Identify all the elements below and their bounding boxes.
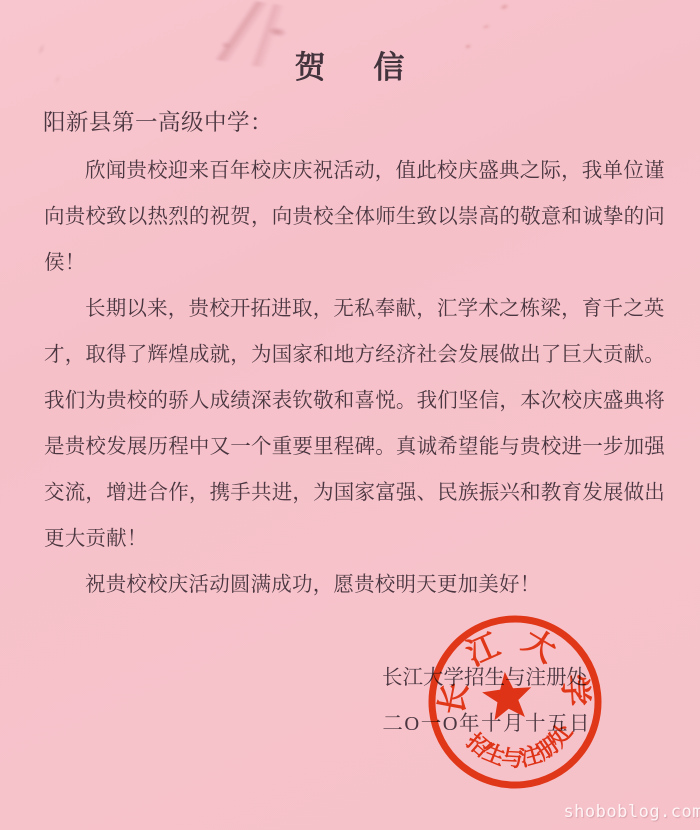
text-line: 向贵校致以热烈的祝贺，向贵校全体师生致以崇高的敬意和诚挚的问 xyxy=(44,194,669,240)
text-line: 是贵校发展历程中又一个重要里程碑。真诚希望能与贵校进一步加强 xyxy=(44,424,669,470)
seal-arc-text: 长江大学 xyxy=(424,612,597,738)
text-line: 侯！ xyxy=(44,240,669,286)
text-line: 才，取得了辉煌成就，为国家和地方经济社会发展做出了巨大贡献。 xyxy=(44,332,669,378)
text-line: 更大贡献！ xyxy=(44,516,669,562)
text-line: 欣闻贵校迎来百年校庆庆祝活动，值此校庆盛典之际，我单位谨 xyxy=(44,148,669,194)
star-icon xyxy=(480,669,534,721)
letter-body: 欣闻贵校迎来百年校庆庆祝活动，值此校庆盛典之际，我单位谨向贵校致以热烈的祝贺，向… xyxy=(44,148,669,608)
paragraph: 长期以来，贵校开拓进取，无私奉献，汇学术之栋梁，育千之英才，取得了辉煌成就，为国… xyxy=(44,286,669,562)
paragraph: 欣闻贵校迎来百年校庆庆祝活动，值此校庆盛典之际，我单位谨向贵校致以热烈的祝贺，向… xyxy=(44,148,669,286)
text-line: 我们为贵校的骄人成绩深表钦敬和喜悦。我们坚信，本次校庆盛典将 xyxy=(44,378,669,424)
letter-paper: 贺 信 阳新县第一高级中学： 欣闻贵校迎来百年校庆庆祝活动，值此校庆盛典之际，我… xyxy=(0,0,700,830)
salutation: 阳新县第一高级中学： xyxy=(43,104,273,142)
letter-title: 贺 信 xyxy=(0,50,700,86)
text-line: 交流，增进合作，携手共进，为国家富强、民族振兴和教育发展做出 xyxy=(44,470,669,516)
official-seal-stamp: 长江大学 招生与注册处 xyxy=(394,581,636,823)
text-line: 长期以来，贵校开拓进取，无私奉献，汇学术之栋梁，育千之英 xyxy=(44,286,669,332)
watermark: shoboblog.com xyxy=(563,802,700,822)
